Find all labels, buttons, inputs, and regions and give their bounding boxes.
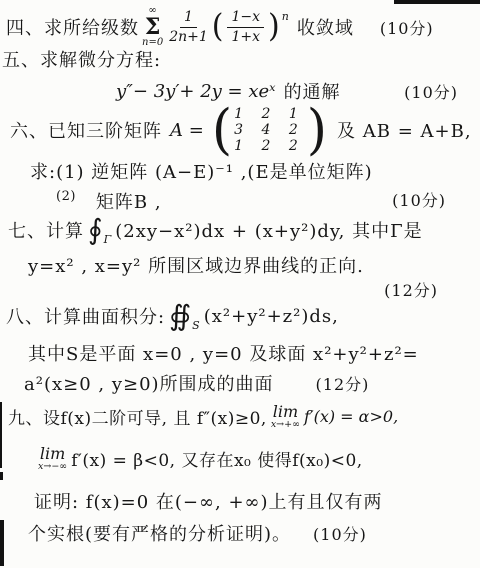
- q4-exponent: n: [282, 10, 289, 23]
- q6-line3: (2) 矩阵B ,: [56, 188, 162, 214]
- scan-artifact-left-blob: [0, 520, 4, 566]
- matrix-row: 1 2 1: [234, 106, 305, 122]
- q8-surface-text: 其中S是平面 x=0 , y=0 及球面 x²+y²+z²=: [28, 340, 419, 366]
- q4-frac2-denominator: 1+x: [231, 28, 260, 45]
- sigma-operator: ∞ Σ n=0: [142, 6, 163, 48]
- matrix-rows: 1 2 1 3 4 2 1 2 2: [232, 106, 307, 154]
- q6-part1-text: 求:(1) 逆矩阵 (A−E)⁻¹ ,(E是单位矩阵): [30, 158, 373, 184]
- q8-integrand-text: (x²+y²+z²)ds,: [204, 306, 339, 327]
- q7-score-line: (12分): [384, 278, 438, 301]
- q4-tail-text: 收敛域: [297, 14, 354, 40]
- q8-lead-text: 八、计算曲面积分:: [6, 303, 165, 329]
- q7-lead-text: 七、计算: [8, 217, 84, 243]
- q8-domain-text: a²(x≥0 , y≥0)所围成的曲面: [24, 370, 274, 396]
- q8-line2: 其中S是平面 x=0 , y=0 及球面 x²+y²+z²=: [28, 340, 419, 366]
- q5-lead-line: 五、求解微分方程:: [2, 46, 161, 72]
- surface-integral-icon: ∯: [169, 302, 191, 330]
- q8-line3: a²(x≥0 , y≥0)所围成的曲面 (12分): [24, 370, 369, 396]
- scan-artifact-left-line: [0, 402, 2, 468]
- q9-lim2-subscript: x→−∞: [38, 462, 67, 472]
- q9-lim1-subscript: x→+∞: [271, 420, 300, 430]
- q9-lead-text: 九、设f(x)二阶可导, 且 f″(x)≥0,: [8, 404, 267, 429]
- q4-fraction-2: 1−x 1+x: [227, 9, 264, 44]
- q9-claim-text-2: 个实根(要有严格的分析证明)。: [28, 520, 291, 546]
- q9-line1: 九、设f(x)二阶可导, 且 f″(x)≥0, lim x→+∞ f′(x) =…: [8, 404, 398, 430]
- q6-score: (10分): [392, 188, 446, 211]
- q5-lead-text: 五、求解微分方程:: [2, 46, 161, 72]
- q7-integral-subscript: Γ: [104, 233, 112, 246]
- q9-claim-text: 证明: f(x)=0 在(−∞, +∞)上有且仅有两: [34, 488, 383, 514]
- q9-score: (10分): [313, 522, 367, 545]
- limit-operator: lim x→+∞: [271, 404, 300, 430]
- q4-frac1-denominator: 2n+1: [169, 28, 208, 45]
- q9-lim2-symbol: lim: [40, 446, 65, 462]
- scan-artifact-top-bar: [394, 0, 480, 4]
- q6-matrix-label: A =: [170, 120, 204, 141]
- q4-fraction-1: 1 2n+1: [169, 9, 208, 44]
- q6-line2: 求:(1) 逆矩阵 (A−E)⁻¹ ,(E是单位矩阵): [30, 158, 373, 184]
- q9-line2: lim x→−∞ f′(x) = β<0, 又存在x₀ 使得f(x₀)<0,: [34, 446, 363, 472]
- matrix-row: 1 2 2: [234, 138, 305, 154]
- q4-open-paren: (: [212, 11, 224, 43]
- q5-score: (10分): [404, 80, 458, 103]
- q9-lim1-symbol: lim: [273, 404, 298, 420]
- q4-close-paren: ): [268, 11, 280, 43]
- q7-region-text: y=x² , x=y² 所围区域边界曲线的正向.: [28, 252, 364, 278]
- q5-equation: y″− 3y′+ 2y = xeˣ: [116, 81, 276, 102]
- q6-tail-text: 及 AB = A+B,: [337, 117, 472, 143]
- matrix-row: 3 4 2: [234, 122, 305, 138]
- q4-line: 四、求所给级数 ∞ Σ n=0 1 2n+1 ( 1−x 1+x ) n 收敛域…: [6, 6, 434, 48]
- q9-lim1-rhs: f′(x) = α>0,: [304, 407, 398, 426]
- q6-lead-text: 六、已知三阶矩阵: [10, 117, 162, 143]
- q5-score-line: (10分): [404, 80, 458, 103]
- q6-matrix: ( 1 2 1 3 4 2 1 2 2 ): [212, 106, 327, 154]
- q7-line2: y=x² , x=y² 所围区域边界曲线的正向.: [28, 252, 364, 278]
- q4-lead-text: 四、求所给级数: [6, 14, 139, 40]
- q4-frac1-numerator: 1: [180, 9, 197, 27]
- q6-part2-text: 矩阵B ,: [96, 188, 162, 214]
- contour-integral-icon: ∮: [88, 216, 103, 244]
- scan-artifact-left-dot: [0, 472, 3, 480]
- q7-line1: 七、计算 ∮ Γ (2xy−x²)dx + (x+y²)dy, 其中Γ是: [8, 216, 423, 244]
- matrix-open-paren: (: [212, 106, 232, 155]
- limit-operator: lim x→−∞: [38, 446, 67, 472]
- q7-integrand-text: (2xy−x²)dx + (x+y²)dy, 其中Γ是: [115, 217, 422, 243]
- q8-line1: 八、计算曲面积分: ∯ S (x²+y²+z²)ds,: [6, 302, 339, 330]
- q9-lim2-rhs: f′(x) = β<0, 又存在x₀ 使得f(x₀)<0,: [71, 446, 362, 471]
- q6-score-line: (10分): [392, 188, 446, 211]
- q4-frac2-numerator: 1−x: [227, 9, 264, 27]
- q8-integral-subscript: S: [192, 319, 200, 332]
- matrix-close-paren: ): [307, 106, 327, 155]
- q6-part2-label: (2): [56, 189, 76, 204]
- exam-page: 四、求所给级数 ∞ Σ n=0 1 2n+1 ( 1−x 1+x ) n 收敛域…: [0, 0, 480, 568]
- q4-score: (10分): [380, 16, 434, 39]
- q6-line1: 六、已知三阶矩阵 A = ( 1 2 1 3 4 2 1 2 2 ) 及 AB …: [10, 106, 472, 154]
- q8-score: (12分): [316, 372, 370, 395]
- q7-score: (12分): [384, 278, 438, 301]
- q9-line4: 个实根(要有严格的分析证明)。 (10分): [28, 520, 367, 546]
- q9-line3: 证明: f(x)=0 在(−∞, +∞)上有且仅有两: [34, 488, 383, 514]
- sigma-symbol: Σ: [145, 16, 161, 38]
